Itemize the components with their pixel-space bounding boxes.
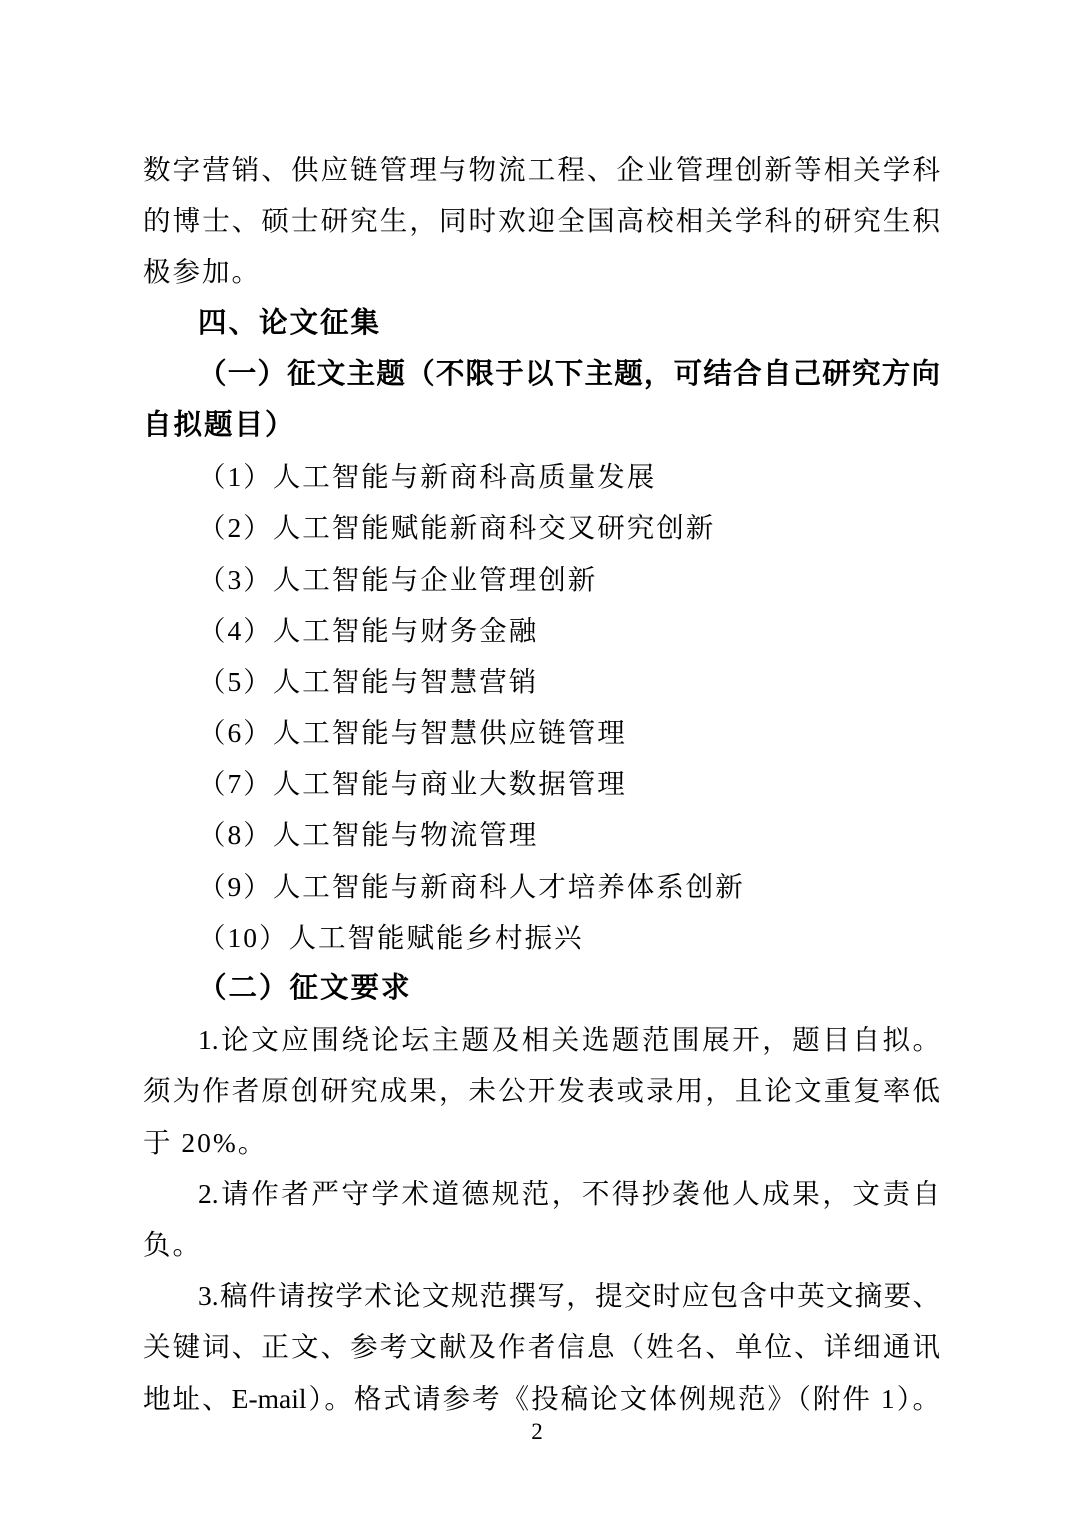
requirement-1-line: 须为作者原创研究成果，未公开发表或录用，且论文重复率低	[143, 1065, 940, 1116]
requirement-2-line: 负。	[143, 1219, 940, 1270]
requirement-1-line: 于 20%。	[143, 1117, 940, 1168]
topic-item: （6）人工智能与智慧供应链管理	[143, 707, 940, 758]
subsection-1-heading-line: （一）征文主题（不限于以下主题，可结合自己研究方向	[143, 349, 940, 400]
intro-paragraph-line: 极参加。	[143, 246, 940, 297]
page-body: 数字营销、供应链管理与物流工程、企业管理创新等相关学科 的博士、硕士研究生，同时…	[143, 144, 940, 1424]
topic-item: （7）人工智能与商业大数据管理	[143, 758, 940, 809]
subsection-1-heading-line: 自拟题目）	[143, 400, 940, 451]
topic-item: （9）人工智能与新商科人才培养体系创新	[143, 861, 940, 912]
intro-paragraph-line: 数字营销、供应链管理与物流工程、企业管理创新等相关学科	[143, 144, 940, 195]
topic-item: （4）人工智能与财务金融	[143, 605, 940, 656]
topic-item: （3）人工智能与企业管理创新	[143, 554, 940, 605]
page-number: 2	[0, 1412, 1074, 1452]
requirement-1-line: 1.论文应围绕论坛主题及相关选题范围展开，题目自拟。	[143, 1014, 940, 1065]
topic-item: （2）人工智能赋能新商科交叉研究创新	[143, 502, 940, 553]
document-page: 数字营销、供应链管理与物流工程、企业管理创新等相关学科 的博士、硕士研究生，同时…	[0, 0, 1074, 1520]
requirement-3-line: 3.稿件请按学术论文规范撰写，提交时应包含中英文摘要、	[143, 1270, 940, 1321]
topic-item: （8）人工智能与物流管理	[143, 809, 940, 860]
topic-item: （5）人工智能与智慧营销	[143, 656, 940, 707]
subsection-2-heading: （二）征文要求	[143, 963, 940, 1014]
intro-paragraph-line: 的博士、硕士研究生，同时欢迎全国高校相关学科的研究生积	[143, 195, 940, 246]
section-heading: 四、论文征集	[143, 298, 940, 349]
requirement-2-line: 2.请作者严守学术道德规范，不得抄袭他人成果，文责自	[143, 1168, 940, 1219]
requirement-3-line: 关键词、正文、参考文献及作者信息（姓名、单位、详细通讯	[143, 1321, 940, 1372]
topic-item: （1）人工智能与新商科高质量发展	[143, 451, 940, 502]
topic-item: （10）人工智能赋能乡村振兴	[143, 912, 940, 963]
